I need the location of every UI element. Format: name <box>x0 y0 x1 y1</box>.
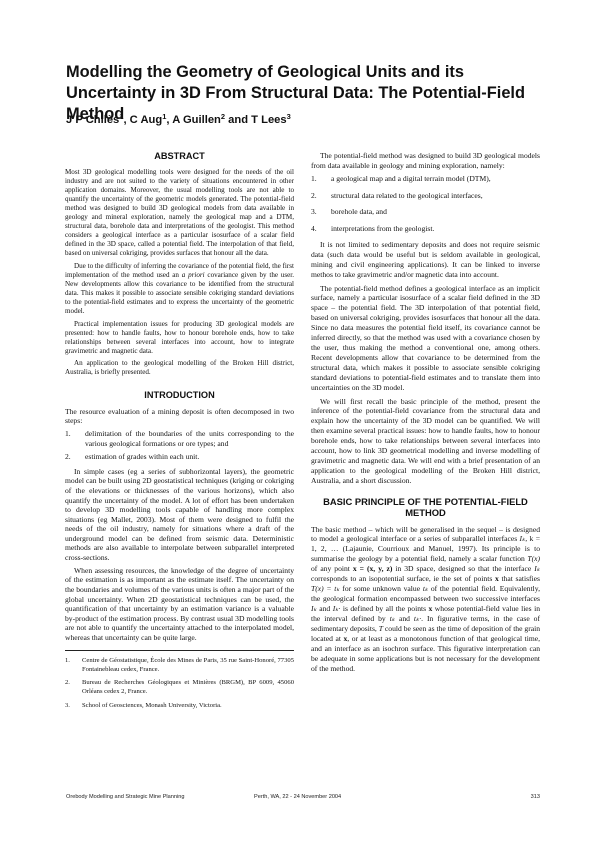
footnote: 3.School of Geosciences, Monash Universi… <box>65 702 294 711</box>
abstract-paragraph: Practical implementation issues for prod… <box>65 320 294 356</box>
footnote-text: Centre de Géostatistique, École des Mine… <box>82 657 294 674</box>
list-number: 2. <box>311 191 331 201</box>
conference-name: Orebody Modelling and Strategic Mine Pla… <box>66 794 184 800</box>
introduction-paragraph: In simple cases (eg a series of subhoriz… <box>65 467 294 562</box>
body-paragraph: The potential-field method defines a geo… <box>311 284 540 393</box>
steps-list: 1.delimitation of the boundaries of the … <box>65 429 294 462</box>
math-symbol: T(x) = tₖ <box>311 584 340 593</box>
list-number: 3. <box>311 207 331 217</box>
list-text: structural data related to the geologica… <box>331 191 540 201</box>
basic-principle-heading: BASIC PRINCIPLE OF THE POTENTIAL-FIELD M… <box>311 496 540 518</box>
text-run: The basic method – which will be general… <box>311 525 540 544</box>
text-run: is defined by all the points <box>340 604 428 613</box>
math-symbol: x = (x, y, z) <box>353 564 393 573</box>
list-item: 2.estimation of grades within each unit. <box>65 452 294 462</box>
author-separator: and <box>225 114 251 126</box>
footnote: 2.Bureau de Recherches Géologiques et Mi… <box>65 679 294 696</box>
author-name: J P Chilès <box>66 114 119 126</box>
author-name: A Guillen <box>172 114 221 126</box>
list-text: estimation of grades within each unit. <box>85 452 294 462</box>
list-number: 1. <box>65 429 85 448</box>
abstract-paragraph: Due to the difficulty of inferring the c… <box>65 262 294 316</box>
math-symbol: T(x) <box>527 554 540 563</box>
body-paragraph: It is not limited to sedimentary deposit… <box>311 240 540 280</box>
introduction-paragraph: The resource evaluation of a mining depo… <box>65 407 294 426</box>
math-symbol: Iₖ <box>534 564 540 573</box>
list-item: 2.structural data related to the geologi… <box>311 191 540 201</box>
footnote-text: School of Geosciences, Monash University… <box>82 702 222 711</box>
list-item: 4.interpretations from the geologist. <box>311 224 540 234</box>
page-number: 313 <box>531 794 540 800</box>
footnote-number: 1. <box>65 657 82 674</box>
list-text: borehole data, and <box>331 207 540 217</box>
footnote: 1.Centre de Géostatistique, École des Mi… <box>65 657 294 674</box>
right-column: The potential-field method was designed … <box>311 151 540 677</box>
text-run: for some unknown value <box>340 584 423 593</box>
list-item: 1.a geological map and a digital terrain… <box>311 174 540 184</box>
footnote-number: 3. <box>65 702 82 711</box>
list-item: 1.delimitation of the boundaries of the … <box>65 429 294 448</box>
affiliation-marker: 3 <box>287 112 291 121</box>
text-run: corresponds to an isopotential surface, … <box>311 574 495 583</box>
list-number: 2. <box>65 452 85 462</box>
introduction-heading: INTRODUCTION <box>65 390 294 401</box>
text-run: and <box>317 604 333 613</box>
introduction-paragraph: When assessing resources, the knowledge … <box>65 566 294 642</box>
abstract-paragraph: An application to the geological modelli… <box>65 359 294 377</box>
author-list: J P Chilès1, C Aug1, A Guillen2 and T Le… <box>66 110 536 127</box>
text-run: of any point <box>311 564 353 573</box>
abstract-paragraph: Most 3D geological modelling tools were … <box>65 168 294 258</box>
list-number: 1. <box>311 174 331 184</box>
list-number: 4. <box>311 224 331 234</box>
footnote-text: Bureau de Recherches Géologiques et Mini… <box>82 679 294 696</box>
italic-text: a priori <box>182 271 205 279</box>
author-name: T Lees <box>251 114 286 126</box>
body-paragraph: We will first recall the basic principle… <box>311 397 540 487</box>
list-text: a geological map and a digital terrain m… <box>331 174 540 184</box>
list-text: delimitation of the boundaries of the un… <box>85 429 294 448</box>
author-name: C Aug <box>130 114 163 126</box>
paper-page: Modelling the Geometry of Geological Uni… <box>0 0 595 842</box>
list-text: interpretations from the geologist. <box>331 224 540 234</box>
text-run: in 3D space, designed so that the interf… <box>392 564 534 573</box>
list-item: 3.borehole data, and <box>311 207 540 217</box>
conference-location-date: Perth, WA, 22 - 24 November 2004 <box>254 794 341 800</box>
body-paragraph: The potential-field method was designed … <box>311 151 540 171</box>
abstract-heading: ABSTRACT <box>65 151 294 162</box>
body-paragraph: The basic method – which will be general… <box>311 525 540 674</box>
footnote-number: 2. <box>65 679 82 696</box>
left-column: ABSTRACT Most 3D geological modelling to… <box>65 151 294 715</box>
footnote-divider <box>65 650 294 651</box>
data-sources-list: 1.a geological map and a digital terrain… <box>311 174 540 233</box>
text-run: and <box>395 614 414 623</box>
text-run: that satisfies <box>499 574 540 583</box>
footnotes: 1.Centre de Géostatistique, École des Mi… <box>65 657 294 710</box>
